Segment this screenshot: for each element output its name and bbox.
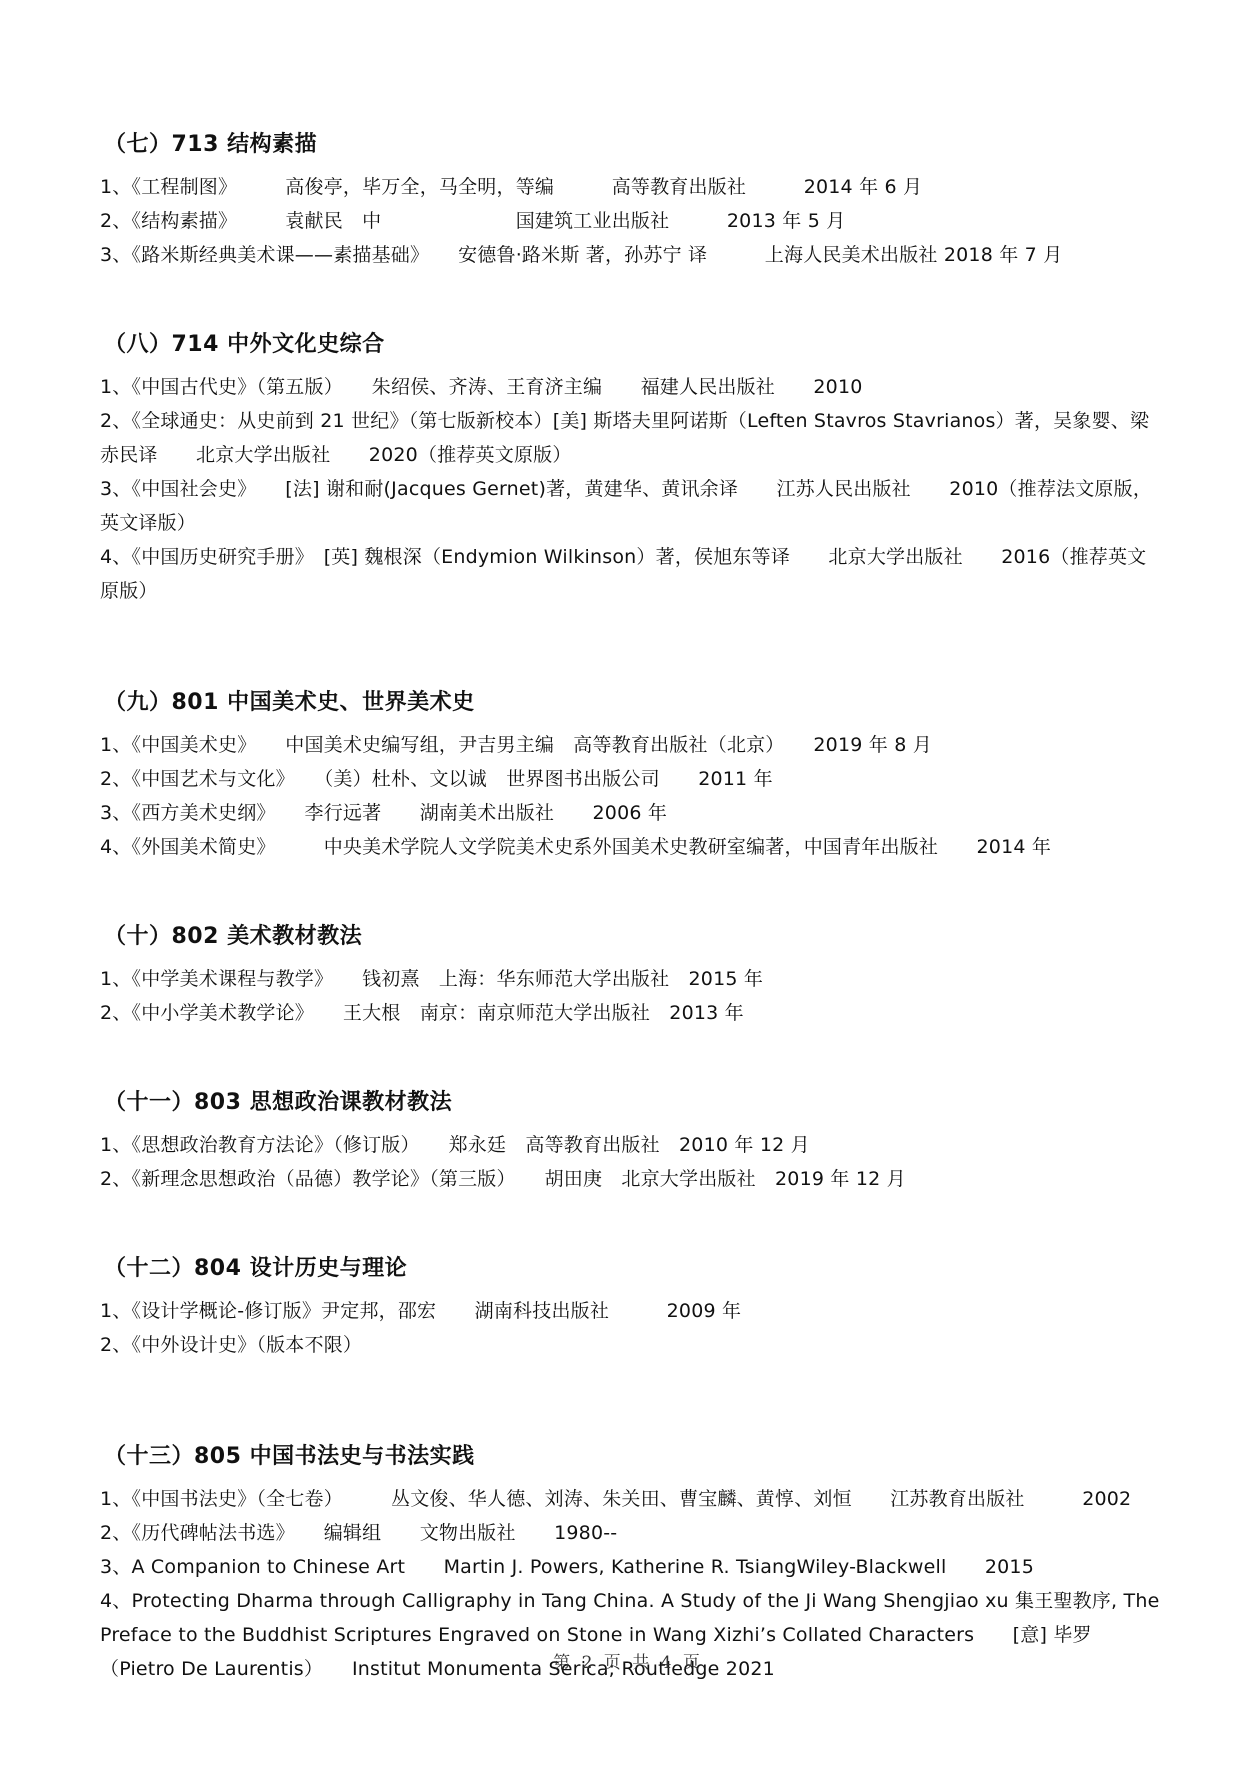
book-item: 3、《中国社会史》 [法] 谢和耐(Jacques Gernet)著，黄建华、黄… xyxy=(100,472,1160,540)
book-item: 3、《路米斯经典美术课——素描基础》 安德鲁·路米斯 著，孙苏宁 译 上海人民美… xyxy=(100,238,1160,272)
book-item: 2、《全球通史：从史前到 21 世纪》（第七版新校本）[美] 斯塔夫里阿诺斯（L… xyxy=(100,404,1160,472)
book-item: 2、《结构素描》 袁献民 中 国建筑工业出版社 2013 年 5 月 xyxy=(100,204,1160,238)
section-heading: （十一）803 思想政治课教材教法 xyxy=(104,1088,1160,1118)
book-item: 1、《中学美术课程与教学》 钱初熹 上海：华东师范大学出版社 2015 年 xyxy=(100,962,1160,996)
book-item: 2、《历代碑帖法书选》 编辑组 文物出版社 1980-- xyxy=(100,1516,1160,1550)
section-801: （九）801 中国美术史、世界美术史 1、《中国美术史》 中国美术史编写组，尹吉… xyxy=(100,688,1160,864)
section-heading: （十）802 美术教材教法 xyxy=(104,922,1160,952)
book-item: 1、《工程制图》 高俊亭，毕万全，马全明，等编 高等教育出版社 2014 年 6… xyxy=(100,170,1160,204)
document-page: （七）713 结构素描 1、《工程制图》 高俊亭，毕万全，马全明，等编 高等教育… xyxy=(0,0,1256,1777)
book-item: 3、《西方美术史纲》 李行远著 湖南美术出版社 2006 年 xyxy=(100,796,1160,830)
book-item: 1、《设计学概论-修订版》尹定邦，邵宏 湖南科技出版社 2009 年 xyxy=(100,1294,1160,1328)
book-item: 3、A Companion to Chinese Art Martin J. P… xyxy=(100,1550,1160,1584)
page-number: 第 2 页 共 4 页 xyxy=(0,1648,1256,1673)
section-713: （七）713 结构素描 1、《工程制图》 高俊亭，毕万全，马全明，等编 高等教育… xyxy=(100,130,1160,272)
section-heading: （七）713 结构素描 xyxy=(104,130,1160,160)
book-item: 2、《中小学美术教学论》 王大根 南京：南京师范大学出版社 2013 年 xyxy=(100,996,1160,1030)
section-heading: （八）714 中外文化史综合 xyxy=(104,330,1160,360)
book-item: 1、《中国书法史》（全七卷） 丛文俊、华人德、刘涛、朱关田、曹宝麟、黄惇、刘恒 … xyxy=(100,1482,1160,1516)
book-item: 2、《中国艺术与文化》 （美）杜朴、文以诚 世界图书出版公司 2011 年 xyxy=(100,762,1160,796)
book-item: 1、《中国古代史》（第五版） 朱绍侯、齐涛、王育济主编 福建人民出版社 2010 xyxy=(100,370,1160,404)
book-item: 2、《新理念思想政治（品德）教学论》（第三版） 胡田庚 北京大学出版社 2019… xyxy=(100,1162,1160,1196)
section-714: （八）714 中外文化史综合 1、《中国古代史》（第五版） 朱绍侯、齐涛、王育济… xyxy=(100,330,1160,608)
section-heading: （九）801 中国美术史、世界美术史 xyxy=(104,688,1160,718)
section-804: （十二）804 设计历史与理论 1、《设计学概论-修订版》尹定邦，邵宏 湖南科技… xyxy=(100,1254,1160,1362)
section-heading: （十三）805 中国书法史与书法实践 xyxy=(104,1442,1160,1472)
book-item: 4、《中国历史研究手册》 [英] 魏根深（Endymion Wilkinson）… xyxy=(100,540,1160,608)
book-item: 2、《中外设计史》（版本不限） xyxy=(100,1328,1160,1362)
section-803: （十一）803 思想政治课教材教法 1、《思想政治教育方法论》（修订版） 郑永廷… xyxy=(100,1088,1160,1196)
book-item: 1、《中国美术史》 中国美术史编写组，尹吉男主编 高等教育出版社（北京） 201… xyxy=(100,728,1160,762)
section-heading: （十二）804 设计历史与理论 xyxy=(104,1254,1160,1284)
book-item: 1、《思想政治教育方法论》（修订版） 郑永廷 高等教育出版社 2010 年 12… xyxy=(100,1128,1160,1162)
book-item: 4、《外国美术简史》 中央美术学院人文学院美术史系外国美术史教研室编著，中国青年… xyxy=(100,830,1160,864)
section-802: （十）802 美术教材教法 1、《中学美术课程与教学》 钱初熹 上海：华东师范大… xyxy=(100,922,1160,1030)
